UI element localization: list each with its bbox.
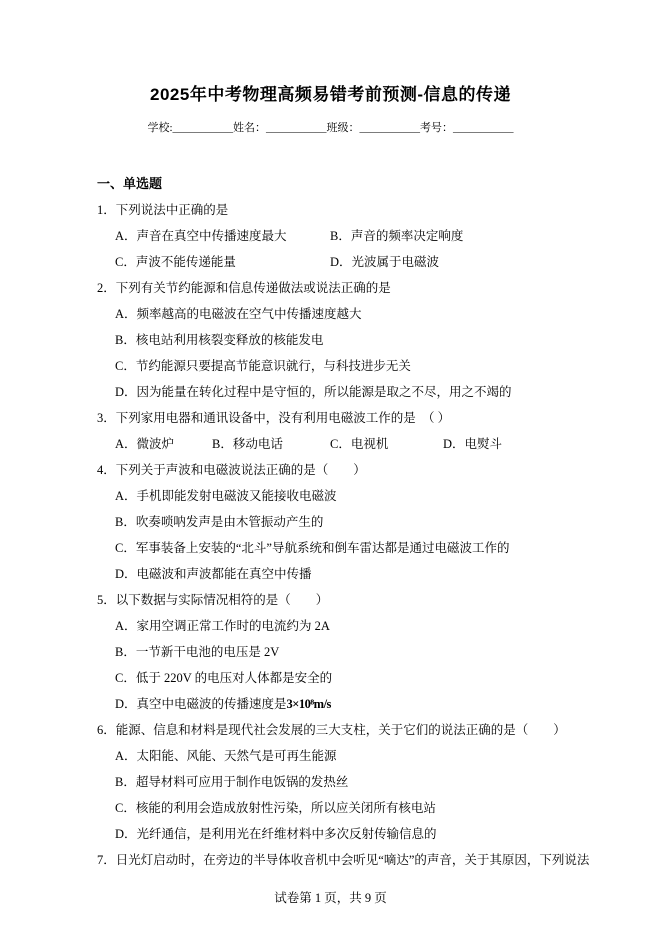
option-text: 太阳能、风能、天然气是可再生能源	[137, 749, 337, 763]
option-text: 微波炉	[137, 437, 175, 451]
question-2-options: A．频率越高的电磁波在空气中传播速度越大 B．核电站利用核裂变释放的核能发电 C…	[115, 301, 619, 405]
question-7-stem: 7．日光灯启动时，在旁边的半导体收音机中会听见“嘀达”的声音，关于其原因，下列说…	[97, 847, 619, 873]
option-text: 低于 220V 的电压对人体都是安全的	[136, 671, 332, 685]
question-3-number: 3．	[97, 405, 116, 431]
option-label: A．	[115, 613, 137, 639]
question-2-stem-text: 下列有关节约能源和信息传递做法或说法正确的是	[116, 281, 391, 295]
question-4-stem: 4．下列关于声波和电磁波说法正确的是（ ）	[97, 457, 619, 483]
question-7-number: 7．	[97, 847, 116, 873]
question-2-option-c: C．节约能源只要提高节能意识就行，与科技进步无关	[115, 353, 619, 379]
question-4-option-a: A．手机即能发射电磁波又能接收电磁波	[115, 483, 619, 509]
option-label: C．	[115, 665, 136, 691]
question-2-option-d: D．因为能量在转化过程中是守恒的，所以能源是取之不尽，用之不竭的	[115, 379, 619, 405]
question-4-option-b: B．吹奏唢呐发声是由木管振动产生的	[115, 509, 619, 535]
question-2-stem: 2．下列有关节约能源和信息传递做法或说法正确的是	[97, 275, 619, 301]
option-label: B．	[115, 327, 136, 353]
question-5-option-c: C．低于 220V 的电压对人体都是安全的	[115, 665, 619, 691]
question-7-stem-text: 日光灯启动时，在旁边的半导体收音机中会听见“嘀达”的声音，关于其原因，下列说法	[116, 853, 590, 867]
question-1-number: 1．	[97, 197, 116, 223]
question-1: 1．下列说法中正确的是 A．声音在真空中传播速度最大 B．声音的频率决定响度 C…	[97, 197, 619, 275]
question-4-stem-text: 下列关于声波和电磁波说法正确的是（ ）	[116, 463, 366, 477]
class-blank: ___________	[360, 122, 421, 134]
option-text: 家用空调正常工作时的电流约为 2A	[137, 619, 330, 633]
student-info-line: 学校:___________姓名：___________班级：_________…	[0, 119, 661, 135]
question-3-option-b: B．移动电话	[212, 431, 330, 457]
option-text: 核能的利用会造成放射性污染，所以应关闭所有核电站	[136, 801, 436, 815]
question-2-option-b: B．核电站利用核裂变释放的核能发电	[115, 327, 619, 353]
exam-no-blank: ___________	[453, 122, 514, 134]
question-3-stem: 3．下列家用电器和通讯设备中，没有利用电磁波工作的是 （ ）	[97, 405, 619, 431]
question-4-option-d: D．电磁波和声波都能在真空中传播	[115, 561, 619, 587]
option-text: 光纤通信，是利用光在纤维材料中多次反射传输信息的	[137, 827, 437, 841]
question-1-stem-text: 下列说法中正确的是	[116, 203, 229, 217]
option-text: 节约能源只要提高节能意识就行，与科技进步无关	[136, 359, 411, 373]
option-label: A．	[115, 223, 137, 249]
option-text: 军事装备上安装的“北斗”导航系统和倒车雷达都是通过电磁波工作的	[136, 541, 510, 555]
option-text: 频率越高的电磁波在空气中传播速度越大	[137, 307, 362, 321]
option-text: 电磁波和声波都能在真空中传播	[137, 567, 312, 581]
question-6-option-d: D．光纤通信，是利用光在纤维材料中多次反射传输信息的	[115, 821, 619, 847]
option-text: 吹奏唢呐发声是由木管振动产生的	[136, 515, 324, 529]
school-blank: ___________	[173, 122, 234, 134]
question-2-number: 2．	[97, 275, 116, 301]
question-1-option-c: C．声波不能传递能量	[115, 249, 330, 275]
question-6-number: 6．	[97, 717, 116, 743]
question-5-stem-text: 以下数据与实际情况相符的是（ ）	[116, 593, 329, 607]
option-label: D．	[115, 379, 137, 405]
question-5-options: A．家用空调正常工作时的电流约为 2A B．一节新干电池的电压是 2V C．低于…	[115, 613, 619, 717]
option-label: B．	[212, 431, 233, 457]
option-label: D．	[115, 691, 137, 717]
question-4: 4．下列关于声波和电磁波说法正确的是（ ） A．手机即能发射电磁波又能接收电磁波…	[97, 457, 619, 587]
question-1-option-a: A．声音在真空中传播速度最大	[115, 223, 330, 249]
option-label: C．	[115, 795, 136, 821]
question-3-stem-text: 下列家用电器和通讯设备中，没有利用电磁波工作的是 （ ）	[116, 411, 450, 425]
option-text: 一节新干电池的电压是 2V	[136, 645, 279, 659]
question-6-stem: 6．能源、信息和材料是现代社会发展的三大支柱，关于它们的说法正确的是（ ）	[97, 717, 619, 743]
option-label: A．	[115, 483, 137, 509]
option-label: D．	[330, 249, 352, 275]
question-4-option-c: C．军事装备上安装的“北斗”导航系统和倒车雷达都是通过电磁波工作的	[115, 535, 619, 561]
option-text: 因为能量在转化过程中是守恒的，所以能源是取之不尽，用之不竭的	[137, 385, 512, 399]
question-3: 3．下列家用电器和通讯设备中，没有利用电磁波工作的是 （ ） A．微波炉 B．移…	[97, 405, 619, 457]
page-title: 2025年中考物理高频易错考前预测-信息的传递	[0, 0, 661, 105]
question-5: 5．以下数据与实际情况相符的是（ ） A．家用空调正常工作时的电流约为 2A B…	[97, 587, 619, 717]
speed-of-light-value: 3×10⁸m/s	[287, 697, 331, 711]
question-7: 7．日光灯启动时，在旁边的半导体收音机中会听见“嘀达”的声音，关于其原因，下列说…	[97, 847, 619, 873]
option-label: D．	[443, 431, 465, 457]
school-label: 学校:	[147, 122, 172, 134]
question-6-option-c: C．核能的利用会造成放射性污染，所以应关闭所有核电站	[115, 795, 619, 821]
class-label: 班级：	[327, 122, 360, 134]
exam-page: 2025年中考物理高频易错考前预测-信息的传递 学校:___________姓名…	[0, 0, 661, 936]
question-6-options: A．太阳能、风能、天然气是可再生能源 B．超导材料可应用于制作电饭锅的发热丝 C…	[115, 743, 619, 847]
option-label: B．	[115, 769, 136, 795]
exam-no-label: 考号：	[420, 122, 453, 134]
name-label: 姓名：	[233, 122, 266, 134]
question-4-number: 4．	[97, 457, 116, 483]
option-label: C．	[115, 353, 136, 379]
name-blank: ___________	[266, 122, 327, 134]
question-6-option-a: A．太阳能、风能、天然气是可再生能源	[115, 743, 619, 769]
option-text: 声音的频率决定响度	[351, 229, 464, 243]
option-text: 超导材料可应用于制作电饭锅的发热丝	[136, 775, 349, 789]
option-text: 电熨斗	[465, 437, 503, 451]
option-label: A．	[115, 431, 137, 457]
question-1-option-b: B．声音的频率决定响度	[330, 223, 619, 249]
option-text: 声波不能传递能量	[136, 255, 236, 269]
question-2-option-a: A．频率越高的电磁波在空气中传播速度越大	[115, 301, 619, 327]
option-label: C．	[115, 535, 136, 561]
option-text: 核电站利用核裂变释放的核能发电	[136, 333, 324, 347]
question-6-option-b: B．超导材料可应用于制作电饭锅的发热丝	[115, 769, 619, 795]
question-5-option-d: D．真空中电磁波的传播速度是3×10⁸m/s	[115, 691, 619, 717]
option-text: 电视机	[351, 437, 389, 451]
option-label: B．	[115, 639, 136, 665]
question-5-option-b: B．一节新干电池的电压是 2V	[115, 639, 619, 665]
question-5-number: 5．	[97, 587, 116, 613]
question-5-stem: 5．以下数据与实际情况相符的是（ ）	[97, 587, 619, 613]
option-label: C．	[330, 431, 351, 457]
option-label: B．	[330, 223, 351, 249]
option-label: A．	[115, 743, 137, 769]
question-3-option-d: D．电熨斗	[443, 431, 619, 457]
section-heading: 一、单选题	[97, 171, 619, 197]
question-3-options: A．微波炉 B．移动电话 C．电视机 D．电熨斗	[115, 431, 619, 457]
option-text: 移动电话	[233, 437, 283, 451]
question-5-option-a: A．家用空调正常工作时的电流约为 2A	[115, 613, 619, 639]
question-6-stem-text: 能源、信息和材料是现代社会发展的三大支柱，关于它们的说法正确的是（ ）	[116, 723, 566, 737]
question-3-option-a: A．微波炉	[115, 431, 212, 457]
question-1-stem: 1．下列说法中正确的是	[97, 197, 619, 223]
option-label: D．	[115, 821, 137, 847]
question-3-option-c: C．电视机	[330, 431, 443, 457]
option-text: 光波属于电磁波	[352, 255, 440, 269]
exam-body: 一、单选题 1．下列说法中正确的是 A．声音在真空中传播速度最大 B．声音的频率…	[97, 171, 619, 873]
option-text: 声音在真空中传播速度最大	[137, 229, 287, 243]
question-4-options: A．手机即能发射电磁波又能接收电磁波 B．吹奏唢呐发声是由木管振动产生的 C．军…	[115, 483, 619, 587]
option-label: D．	[115, 561, 137, 587]
option-label: A．	[115, 301, 137, 327]
option-text: 手机即能发射电磁波又能接收电磁波	[137, 489, 337, 503]
question-2: 2．下列有关节约能源和信息传递做法或说法正确的是 A．频率越高的电磁波在空气中传…	[97, 275, 619, 405]
question-1-options: A．声音在真空中传播速度最大 B．声音的频率决定响度 C．声波不能传递能量 D．…	[115, 223, 619, 275]
question-1-option-d: D．光波属于电磁波	[330, 249, 619, 275]
question-6: 6．能源、信息和材料是现代社会发展的三大支柱，关于它们的说法正确的是（ ） A．…	[97, 717, 619, 847]
option-label: B．	[115, 509, 136, 535]
page-footer: 试卷第 1 页，共 9 页	[0, 888, 661, 906]
option-label: C．	[115, 249, 136, 275]
option-text: 真空中电磁波的传播速度是	[137, 697, 287, 711]
